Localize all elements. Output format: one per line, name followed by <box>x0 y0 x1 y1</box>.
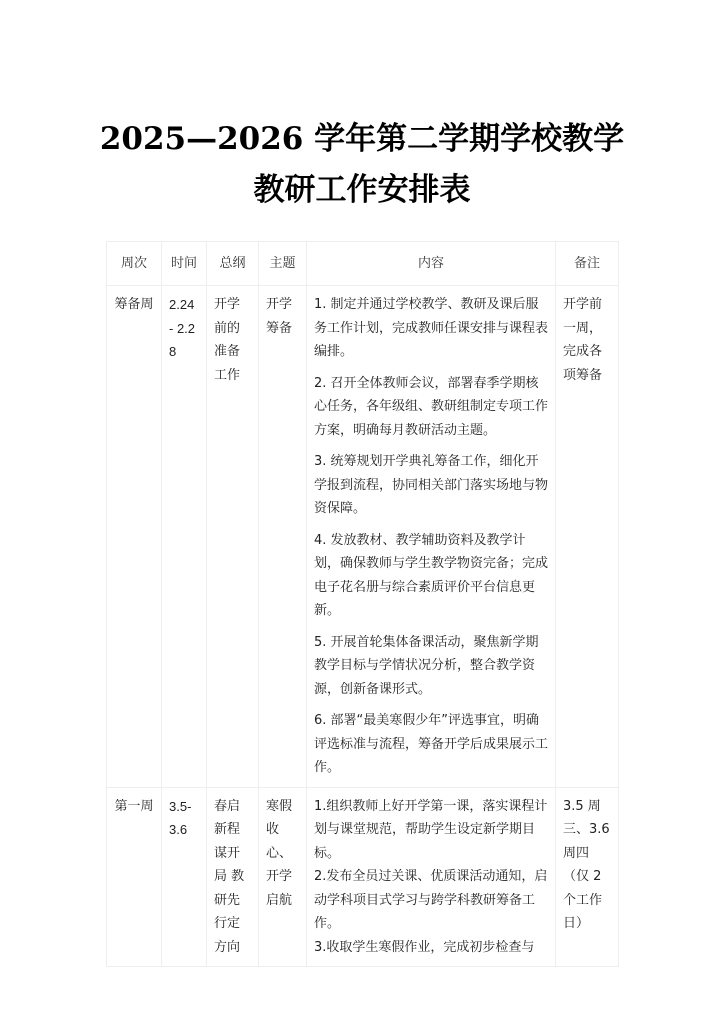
cell-note: 开学前一周，完成各项筹备 <box>556 286 619 788</box>
content-item: 2. 召开全体教师会议，部署春季学期核心任务，各年级组、教研组制定专项工作方案，… <box>314 372 548 443</box>
content-item: 5. 开展首轮集体备课活动，聚焦新学期教学目标与学情状况分析，整合教学资源，创新… <box>314 631 548 702</box>
schedule-table: 周次 时间 总纲 主题 内容 备注 筹备周 2.24 - 2.28 开学前的准备… <box>106 241 619 967</box>
header-outline: 总纲 <box>207 242 259 286</box>
cell-time: 2.24 - 2.28 <box>162 286 207 788</box>
table-header-row: 周次 时间 总纲 主题 内容 备注 <box>107 242 619 286</box>
cell-week: 筹备周 <box>107 286 162 788</box>
content-item: 4. 发放教材、教学辅助资料及教学计划，确保教师与学生教学物资完备；完成电子花名… <box>314 529 548 623</box>
header-time: 时间 <box>162 242 207 286</box>
cell-outline: 春启新程谋开局 教研先行定方向 <box>207 787 259 967</box>
table-row: 筹备周 2.24 - 2.28 开学前的准备工作 开学筹备 1. 制定并通过学校… <box>107 286 619 788</box>
header-content: 内容 <box>307 242 556 286</box>
title-line-2: 教研工作安排表 <box>0 165 724 216</box>
content-item: 6. 部署“最美寒假少年”评选事宜，明确评选标准与流程，筹备开学后成果展示工作。 <box>314 709 548 780</box>
title-line-1: 2025—2026 学年第二学期学校教学 <box>0 114 724 165</box>
cell-content: 1. 制定并通过学校教学、教研及课后服务工作计划，完成教师任课安排与课程表编排。… <box>307 286 556 788</box>
content-item: 3.收取学生寒假作业，完成初步检查与 <box>314 936 548 960</box>
cell-time: 3.5-3.6 <box>162 787 207 967</box>
cell-week: 第一周 <box>107 787 162 967</box>
cell-content: 1.组织教师上好开学第一课，落实课程计划与课堂规范，帮助学生设定新学期目标。 2… <box>307 787 556 967</box>
document-title: 2025—2026 学年第二学期学校教学 教研工作安排表 <box>0 114 724 216</box>
cell-note: 3.5 周三、3.6 周四 （仅 2 个工作日） <box>556 787 619 967</box>
content-item: 1. 制定并通过学校教学、教研及课后服务工作计划，完成教师任课安排与课程表编排。 <box>314 293 548 364</box>
cell-theme: 开学筹备 <box>259 286 307 788</box>
content-item: 1.组织教师上好开学第一课，落实课程计划与课堂规范，帮助学生设定新学期目标。 <box>314 795 548 866</box>
table-row: 第一周 3.5-3.6 春启新程谋开局 教研先行定方向 寒假收心、开学启航 1.… <box>107 787 619 967</box>
cell-outline: 开学前的准备工作 <box>207 286 259 788</box>
content-item: 2.发布全员过关课、优质课活动通知，启动学科项目式学习与跨学科教研筹备工作。 <box>314 865 548 936</box>
header-theme: 主题 <box>259 242 307 286</box>
header-note: 备注 <box>556 242 619 286</box>
content-item: 3. 统筹规划开学典礼筹备工作，细化开学报到流程，协同相关部门落实场地与物资保障… <box>314 450 548 521</box>
header-week: 周次 <box>107 242 162 286</box>
cell-theme: 寒假收心、开学启航 <box>259 787 307 967</box>
